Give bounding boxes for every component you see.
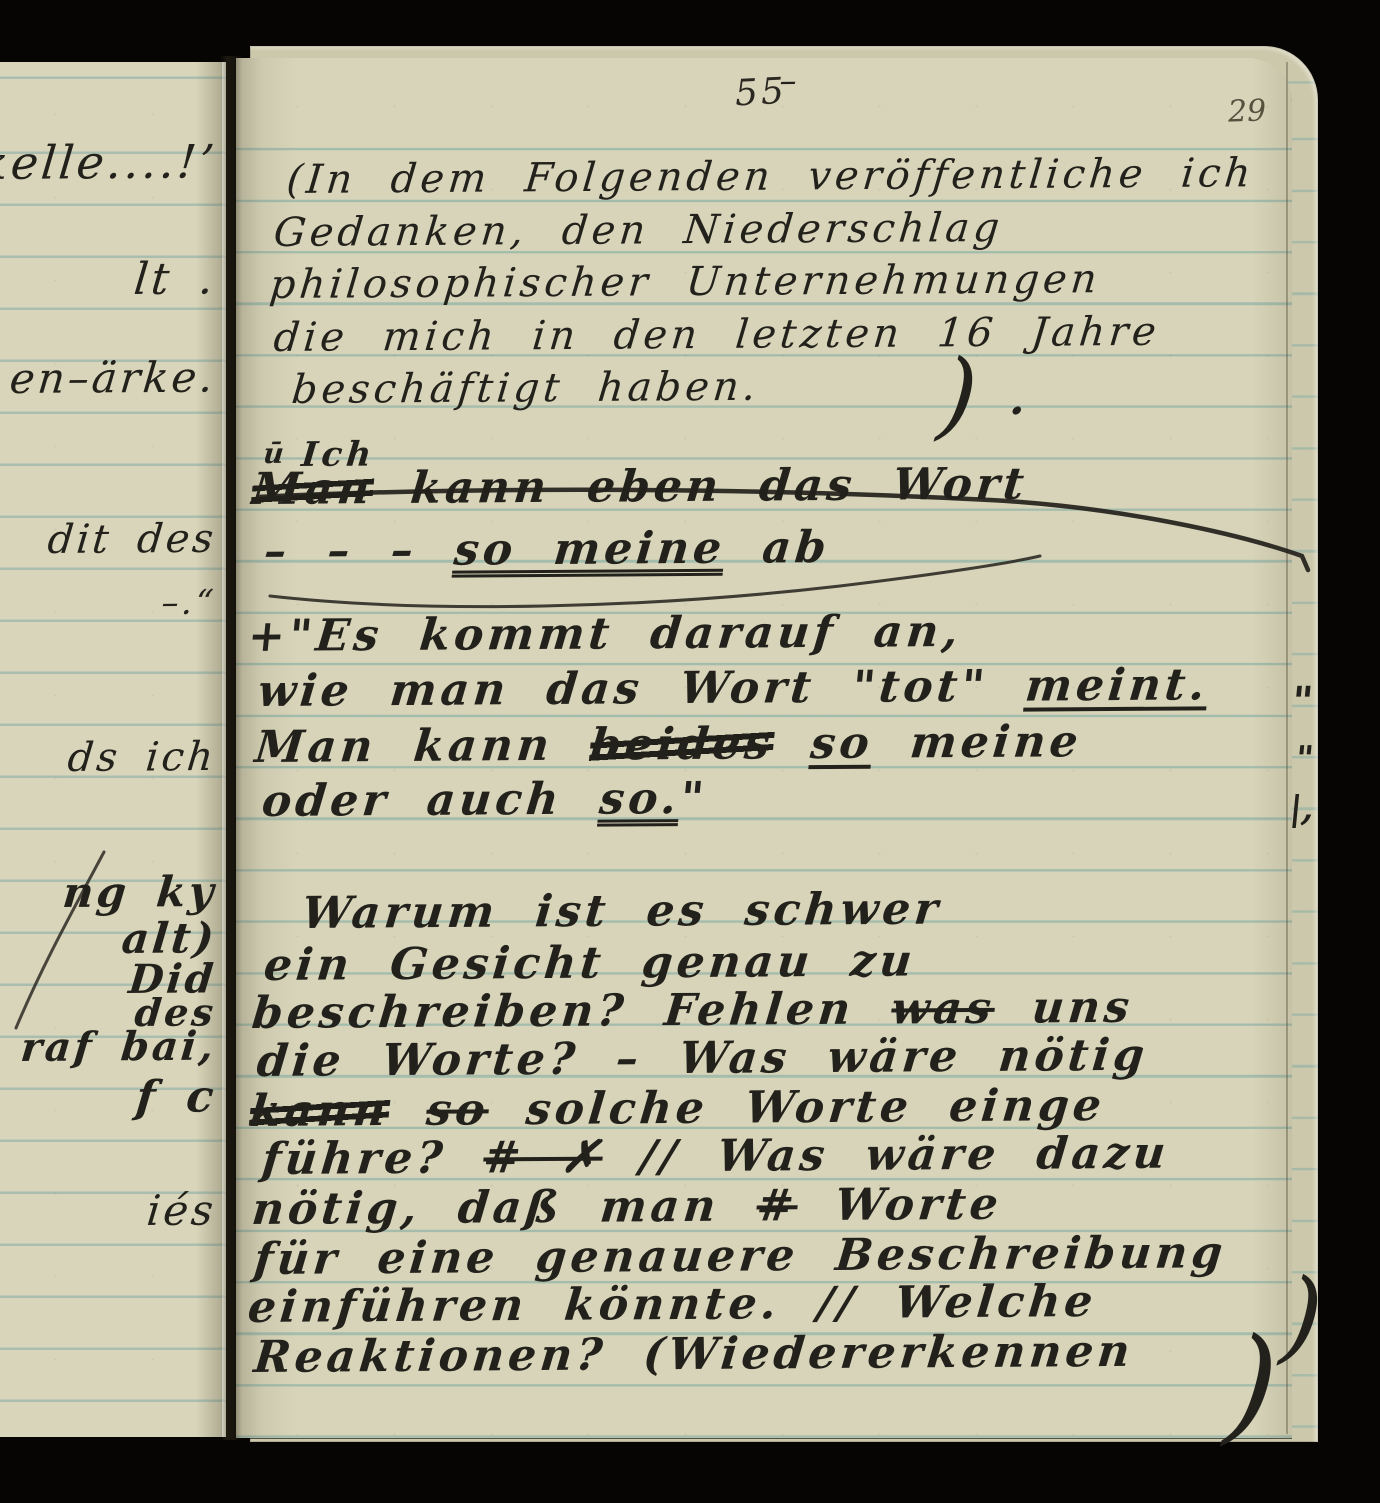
page-crease	[1286, 62, 1288, 1434]
folio-number: 29	[1227, 93, 1266, 129]
page-gutter	[220, 56, 242, 1440]
page-number: 55	[734, 71, 788, 115]
main-page	[236, 58, 1292, 1438]
notebook-scan: 55 29 kelle....!’lt .en–ärke.dit des–.“d…	[0, 0, 1380, 1503]
left-page	[0, 62, 226, 1437]
